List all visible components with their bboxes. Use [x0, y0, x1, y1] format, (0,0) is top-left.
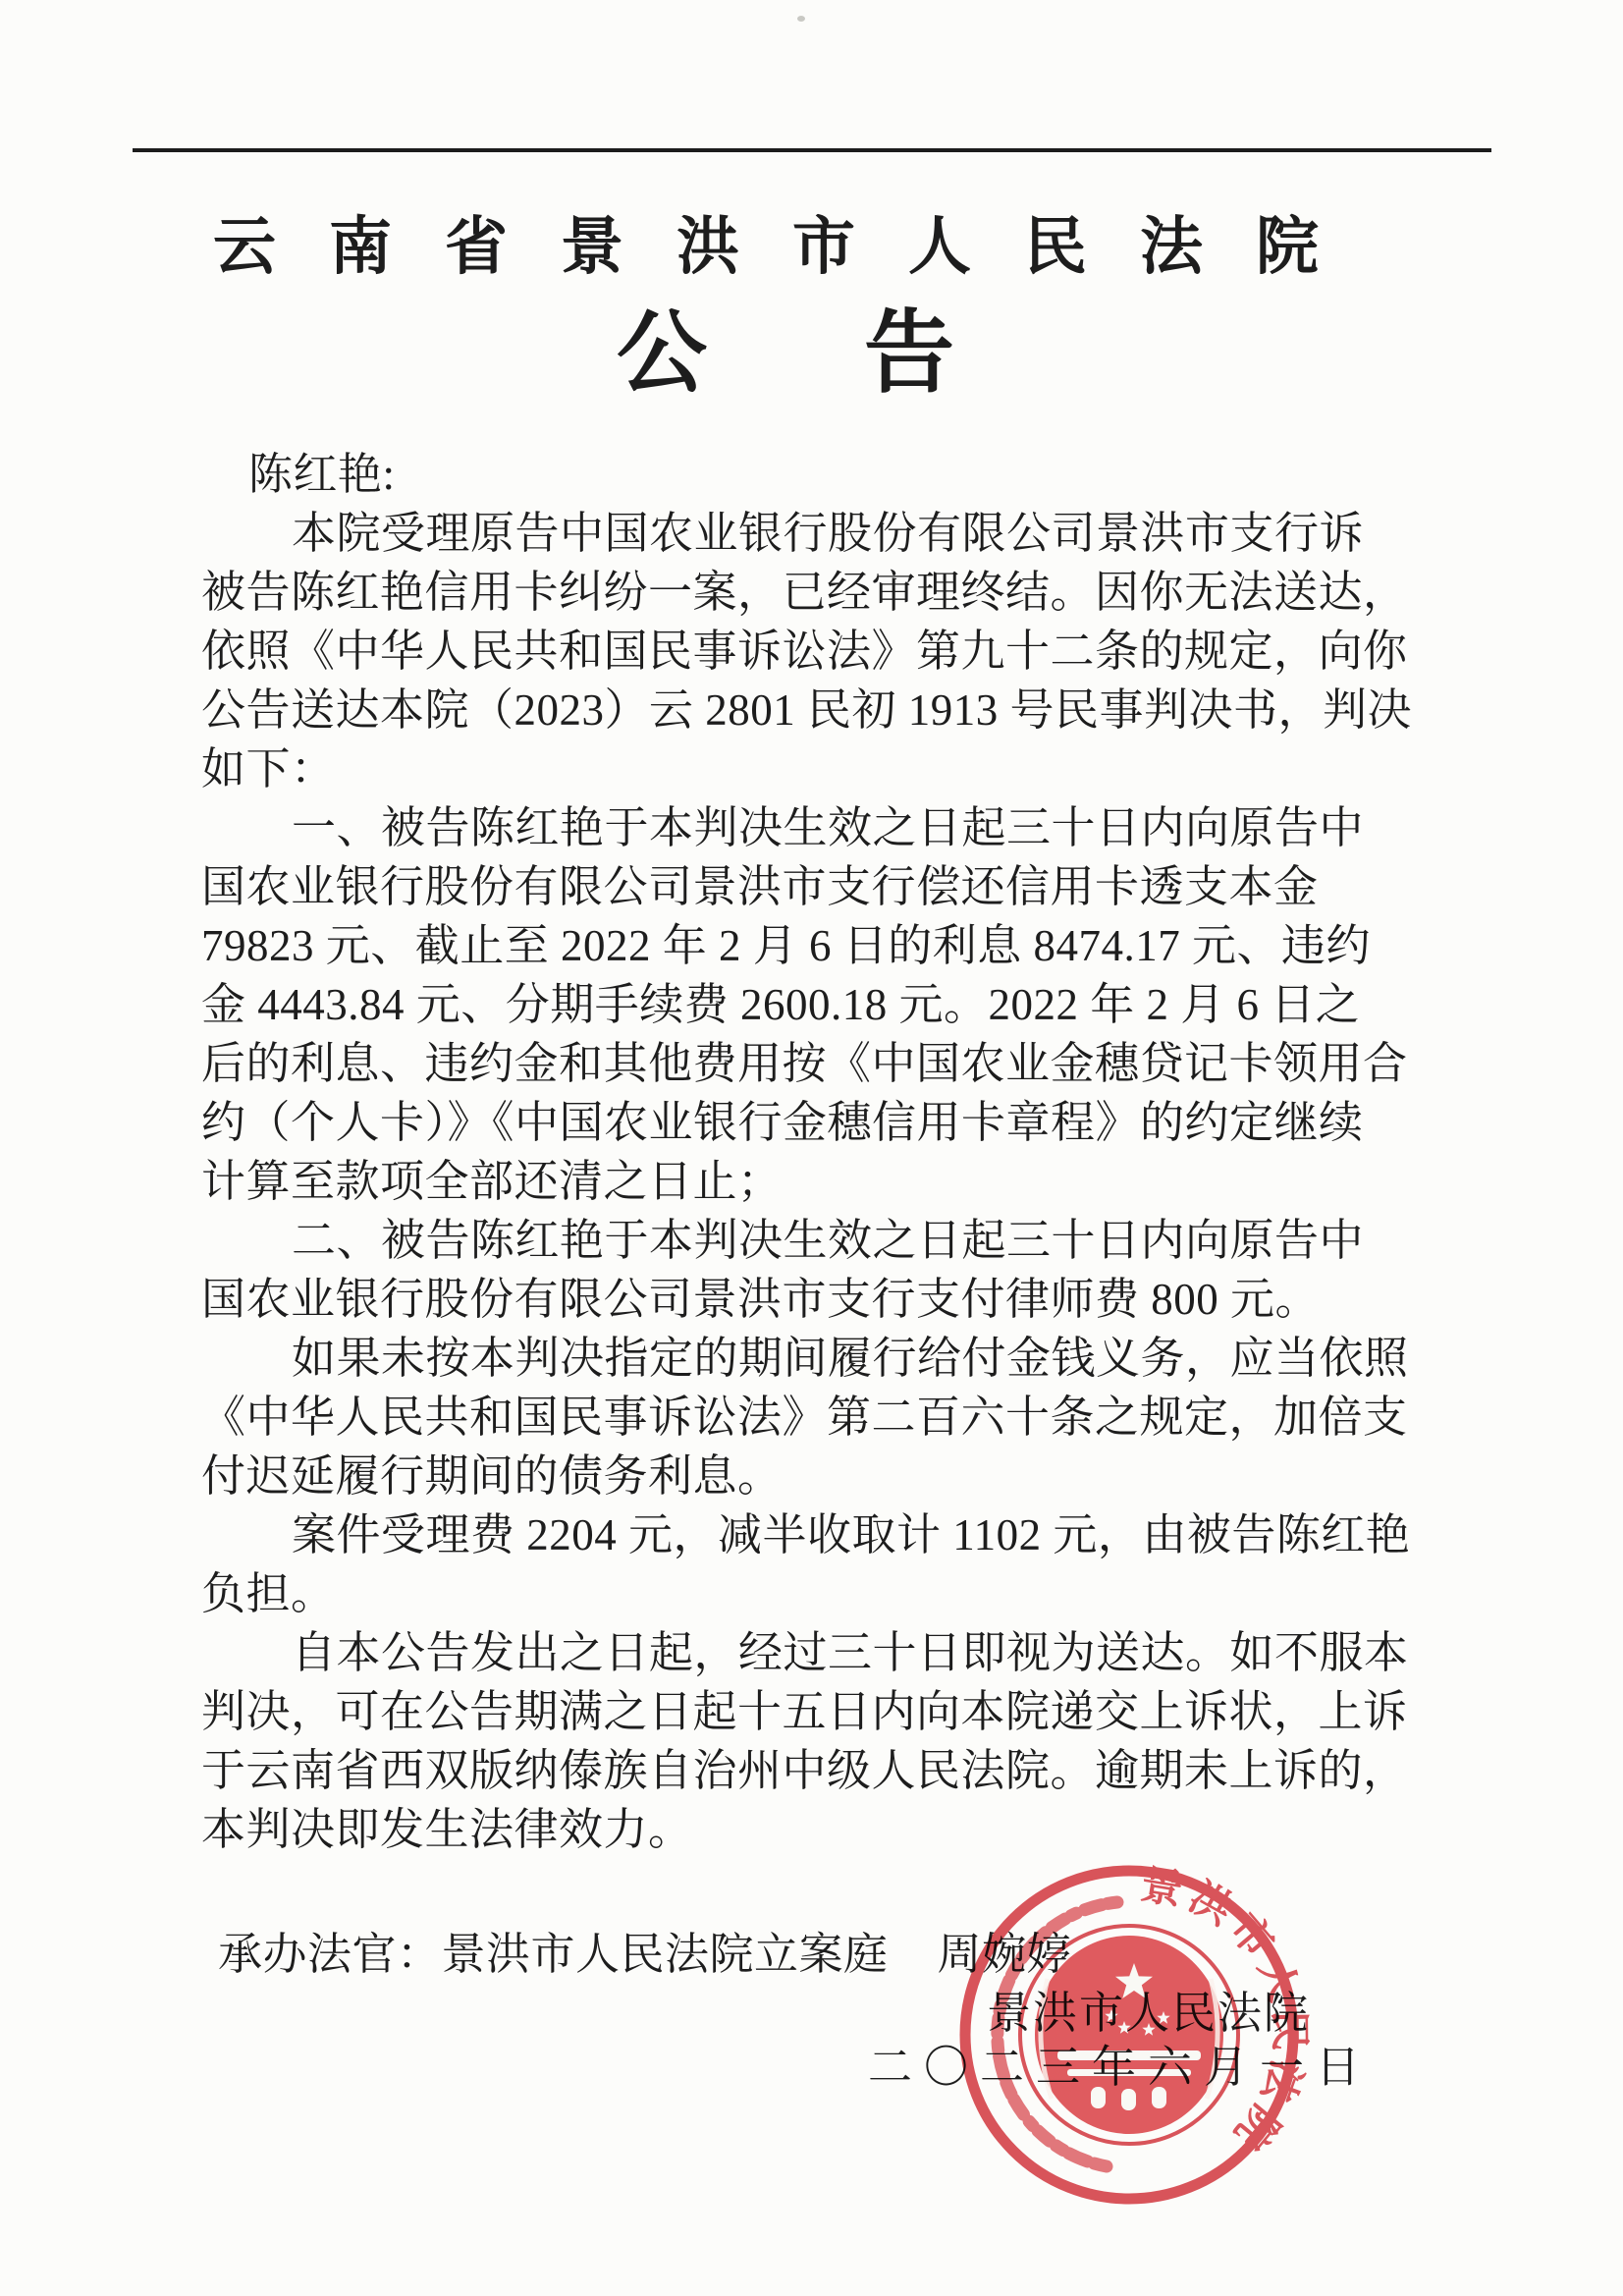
notice-body: 陈红艳: 本院受理原告中国农业银行股份有限公司景洪市支行诉 被告陈红艳信用卡纠纷… [201, 445, 1409, 1859]
body-line: 判决，可在公告期满之日起十五日内向本院递交上诉状，上诉 [201, 1682, 1409, 1741]
body-line: 自本公告发出之日起，经过三十日即视为送达。如不服本 [201, 1623, 1409, 1682]
scan-speck [797, 16, 805, 22]
court-notice-page: 云南省景洪市人民法院 公告 陈红艳: 本院受理原告中国农业银行股份有限公司景洪市… [0, 0, 1623, 2296]
body-line: 约（个人卡）》《中国农业银行金穗信用卡章程》的约定继续 [201, 1093, 1409, 1152]
top-rule [133, 148, 1491, 152]
body-line: 《中华人民共和国民事诉讼法》第二百六十条之规定，加倍支 [201, 1388, 1409, 1447]
body-line: 依照《中华人民共和国民事诉讼法》第九十二条的规定，向你 [201, 622, 1409, 681]
body-line: 国农业银行股份有限公司景洪市支行偿还信用卡透支本金 [201, 857, 1409, 916]
body-line: 79823 元、截止至 2022 年 2 月 6 日的利息 8474.17 元、… [201, 916, 1409, 975]
body-line: 被告陈红艳信用卡纠纷一案，已经审理终结。因你无法送达， [201, 563, 1409, 622]
body-line: 国农业银行股份有限公司景洪市支行支付律师费 800 元。 [201, 1270, 1409, 1329]
body-line: 付迟延履行期间的债务利息。 [201, 1447, 1409, 1505]
body-line: 本院受理原告中国农业银行股份有限公司景洪市支行诉 [201, 504, 1409, 563]
body-line: 后的利息、违约金和其他费用按《中国农业金穗贷记卡领用合 [201, 1034, 1409, 1093]
body-line: 公告送达本院（2023）云 2801 民初 1913 号民事判决书，判决 [201, 681, 1409, 739]
notice-title: 公告 [617, 308, 1111, 399]
national-emblem-icon [1035, 1936, 1223, 2134]
body-line: 负担。 [201, 1564, 1409, 1623]
official-seal: 景洪市人民法院 [938, 1841, 1340, 2244]
body-line: 计算至款项全部还清之日止； [201, 1152, 1409, 1211]
body-line: 金 4443.84 元、分期手续费 2600.18 元。2022 年 2 月 6… [201, 975, 1409, 1034]
body-line: 如下： [201, 739, 1409, 798]
salutation-line: 陈红艳: [201, 445, 1409, 504]
body-line: 一、被告陈红艳于本判决生效之日起三十日内向原告中 [201, 798, 1409, 857]
court-name-title: 云南省景洪市人民法院 [213, 216, 1372, 279]
body-line: 二、被告陈红艳于本判决生效之日起三十日内向原告中 [201, 1211, 1409, 1270]
body-line: 如果未按本判决指定的期间履行给付金钱义务，应当依照 [201, 1329, 1409, 1388]
judge-line-label: 承办法官：景洪市人民法院立案庭 [218, 1930, 889, 1979]
body-line: 于云南省西双版纳傣族自治州中级人民法院。逾期未上诉的， [201, 1741, 1409, 1800]
body-line: 案件受理费 2204 元，减半收取计 1102 元，由被告陈红艳 [201, 1505, 1409, 1564]
